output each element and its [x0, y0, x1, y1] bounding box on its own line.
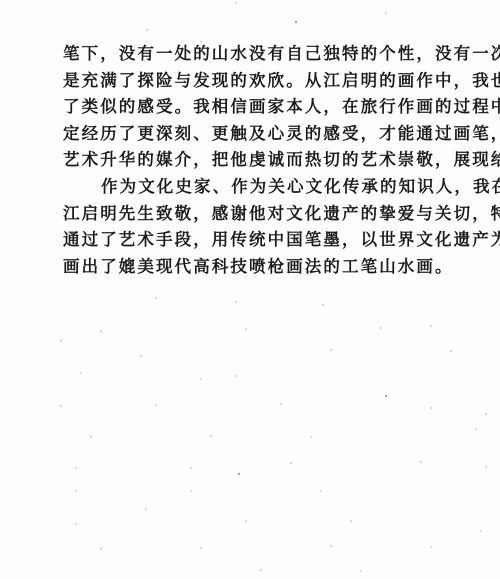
speck [380, 327, 382, 329]
speck [100, 548, 102, 550]
speck [350, 520, 352, 522]
text-line: 江启明先生致敬，感谢他对文化遗产的挚爱与关切，特别是 [63, 201, 439, 228]
speck [280, 403, 282, 405]
speck [200, 547, 202, 549]
speck [210, 435, 212, 437]
text-line: 笔下，没有一处的山水没有自己独特的个性，没有一次游历不 [63, 41, 439, 68]
speck [322, 304, 324, 306]
text-line: 艺术升华的媒介，把他虔诚而热切的艺术崇敬，展现给观者。 [63, 147, 439, 174]
speck [235, 375, 237, 377]
speck [235, 301, 237, 303]
speck [190, 490, 192, 492]
speck [320, 490, 322, 492]
speck [330, 349, 332, 351]
speck [475, 428, 477, 430]
speck [190, 467, 192, 469]
speck [155, 297, 157, 299]
speck [75, 467, 77, 469]
speck [238, 473, 240, 475]
speck [155, 404, 157, 406]
text-line: 了类似的感受。我相信画家本人，在旅行作画的过程中，一 [63, 94, 439, 121]
speck [420, 461, 422, 463]
speck [245, 520, 247, 522]
speck [430, 407, 432, 409]
body-text: 笔下，没有一处的山水没有自己独特的个性，没有一次游历不 是充满了探险与发现的欢欣… [63, 41, 439, 280]
speck [140, 355, 142, 357]
speck [330, 545, 332, 547]
text-line: 画出了媲美现代高科技喷枪画法的工笔山水画。 [63, 254, 439, 281]
speck [145, 508, 147, 510]
speck [385, 395, 387, 397]
speck [260, 569, 262, 571]
text-line: 通过了艺术手段，用传统中国笔墨，以世界文化遗产为题材， [63, 227, 439, 254]
speck [485, 466, 487, 468]
speck [360, 570, 362, 572]
text-line: 定经历了更深刻、更触及心灵的感受，才能通过画笔，通过 [63, 121, 439, 148]
speck [430, 325, 432, 327]
speck [450, 350, 452, 352]
text-line-indented: 作为文化史家、作为关心文化传承的知识人，我在此向 [63, 174, 439, 201]
paragraph-1: 笔下，没有一处的山水没有自己独特的个性，没有一次游历不 是充满了探险与发现的欢欣… [63, 41, 439, 174]
speck [485, 413, 487, 415]
text-line: 是充满了探险与发现的欢欣。从江启明的画作中，我也得到 [63, 68, 439, 95]
speck [235, 2, 237, 4]
speck [80, 372, 82, 374]
speck [295, 21, 297, 23]
speck [60, 340, 62, 342]
paragraph-2: 作为文化史家、作为关心文化传承的知识人，我在此向 江启明先生致敬，感谢他对文化遗… [63, 174, 439, 280]
speck [90, 436, 92, 438]
speck [100, 330, 102, 332]
speck [75, 490, 77, 492]
speck [200, 41, 202, 43]
speck [480, 530, 482, 532]
speck [385, 12, 387, 14]
speck [430, 546, 432, 548]
speck [60, 405, 62, 407]
speck [200, 378, 202, 380]
speck [75, 523, 77, 525]
speck [310, 436, 312, 438]
speck [146, 29, 148, 31]
speck [245, 328, 247, 330]
speck [290, 462, 292, 464]
scanned-page: 笔下，没有一处的山水没有自己独特的个性，没有一次游历不 是充满了探险与发现的欢欣… [0, 0, 500, 579]
